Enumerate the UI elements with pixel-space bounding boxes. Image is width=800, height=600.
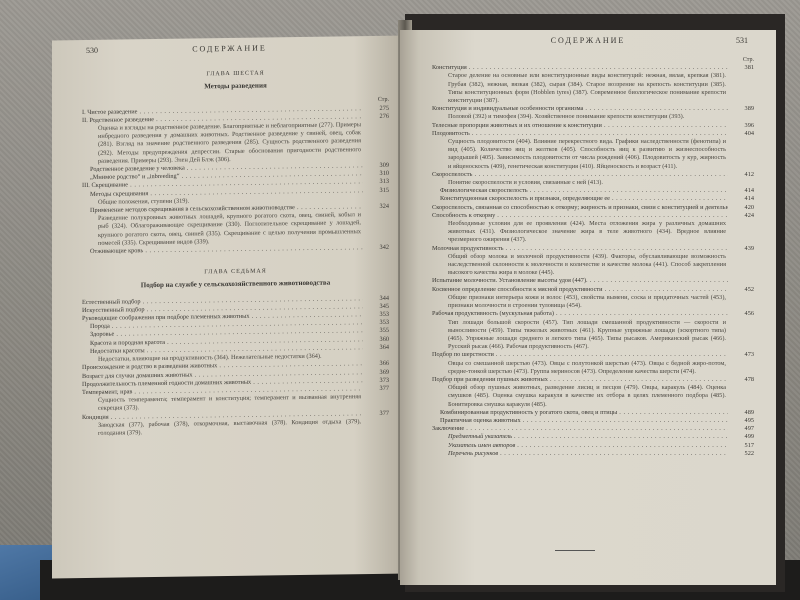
toc-entry-description: Необходимые условия для ее проявления (4…	[432, 220, 754, 245]
toc-entry-title: Молочная продуктивность	[432, 245, 728, 253]
right-page: СОДЕРЖАНИЕ 531 Стр. Конституция381Старое…	[400, 30, 776, 585]
toc-entry-title: Конституционная скороспелость и признаки…	[440, 195, 728, 203]
toc-entry: Физиологическая скороспелость414	[432, 187, 754, 195]
chapter-label: ГЛАВА СЕДЬМАЯ	[82, 266, 389, 278]
toc-entry-page: 414	[728, 187, 754, 195]
toc-entry-description: Общий обзор пушных животных, разведение …	[432, 384, 754, 409]
toc-entry: Скороспелость, связанная со способностью…	[432, 204, 754, 212]
right-header-title: СОДЕРЖАНИЕ	[400, 36, 776, 45]
toc-entry-page: 478	[728, 376, 754, 384]
toc-entry: Подбор по шерстности473	[432, 351, 754, 359]
toc-entry: Конституционная скороспелость и признаки…	[432, 195, 754, 203]
toc-entry-title: Телесные пропорции животных и их отношен…	[432, 122, 728, 130]
toc-entry-page: 414	[728, 195, 754, 203]
toc-entry-page: 497	[728, 425, 754, 433]
toc-entry: Косвенное определение способности к мясн…	[432, 286, 754, 294]
toc-entry-description: Общие признаки интерьера кожи и волос (4…	[432, 294, 754, 310]
toc-entry-title: Испытание молочности. Установление высот…	[432, 277, 728, 285]
toc-entry-page: 377	[363, 409, 389, 418]
left-header-title: СОДЕРЖАНИЕ	[52, 42, 407, 56]
toc-entry-title: Заключение	[432, 425, 728, 433]
toc-entry-page: 489	[728, 409, 754, 417]
toc-entry-page: 473	[728, 351, 754, 359]
toc-entry: Комбинированная продуктивность у рогатог…	[432, 409, 754, 417]
toc-entry-page: 324	[363, 203, 389, 212]
end-rule	[555, 550, 595, 551]
toc-entry-page: 381	[728, 64, 754, 72]
toc-entry-page: 420	[728, 204, 754, 212]
toc-entry-title: Конституция и индивидуальные особенности…	[432, 105, 728, 113]
toc-entry-title: Перечень рисунков	[448, 450, 728, 458]
toc-entries: Естественный подбор344Искусственный подб…	[82, 294, 389, 438]
toc-entry-page: 424	[728, 212, 754, 220]
toc-entry: Молочная продуктивность439	[432, 245, 754, 253]
toc-entry-page: 276	[363, 113, 389, 122]
toc-entry-title: Подбор при разведении пушных животных	[432, 376, 728, 384]
toc-entry: Плодовитость404	[432, 130, 754, 138]
toc-entry-title: Подбор по шерстности	[432, 351, 728, 359]
toc-entry-title: Косвенное определение способности к мясн…	[432, 286, 728, 294]
toc-entry: Предметный указатель499	[432, 433, 754, 441]
toc-entry: Способность к откорму424	[432, 212, 754, 220]
toc-entry: Конституция и индивидуальные особенности…	[432, 105, 754, 113]
toc-entry-title: Рабочая продуктивность (мускульная работ…	[432, 310, 728, 318]
toc-entry-description: Оценка и взгляды на родственное разведен…	[82, 121, 389, 166]
toc-entry-page: 522	[728, 450, 754, 458]
toc-entry: Указатель имен авторов517	[432, 442, 754, 450]
toc-entry-page: 404	[728, 130, 754, 138]
toc-entry-page: 499	[728, 433, 754, 441]
toc-entry-description: Общий обзор молока и молочной продуктивн…	[432, 253, 754, 278]
chapter-title: Подбор на службе у сельскохозяйственного…	[82, 278, 389, 290]
toc-entry-title: Предметный указатель	[448, 433, 728, 441]
chapter-label: ГЛАВА ШЕСТАЯ	[82, 68, 389, 80]
toc-entry-page: 396	[728, 122, 754, 130]
toc-entry-page: 439	[728, 245, 754, 253]
toc-entry: Рабочая продуктивность (мускульная работ…	[432, 310, 754, 318]
toc-entry-description: Старое деление на основные или конституц…	[432, 72, 754, 105]
toc-entries: Конституция381Старое деление на основные…	[432, 64, 754, 458]
chapter-title: Методы разведения	[82, 80, 389, 92]
toc-entry-page: 452	[728, 286, 754, 294]
toc-entry-title: Комбинированная продуктивность у рогатог…	[440, 409, 728, 417]
toc-entry-page: 377	[363, 385, 389, 394]
toc-entry-page: 412	[728, 171, 754, 179]
toc-entry-description: Тип лошади большой скорости (457). Тип л…	[432, 319, 754, 352]
toc-entry-description: Овцы со смешанной шерстью (473). Овцы с …	[432, 360, 754, 376]
toc-entry-title: Способность к откорму	[432, 212, 728, 220]
toc-entry: Перечень рисунков522	[432, 450, 754, 458]
toc-entry: Заключение497	[432, 425, 754, 433]
toc-entry-description: Сущность плодовитости (404). Влияние пер…	[432, 138, 754, 171]
toc-entry-title: Практичная оценка животных	[440, 417, 728, 425]
toc-entry: Телесные пропорции животных и их отношен…	[432, 122, 754, 130]
toc-entry: Практичная оценка животных495	[432, 417, 754, 425]
right-page-header: СОДЕРЖАНИЕ 531	[400, 36, 776, 52]
toc-entry: Испытание молочности. Установление высот…	[432, 277, 754, 285]
page-column-label: Стр.	[432, 56, 754, 64]
toc-entry-title: Физиологическая скороспелость	[440, 187, 728, 195]
toc-entries: I. Чистое разведение275II. Родственное р…	[82, 104, 389, 256]
toc-entry-description: Половой (392) и тимофея (394). Хозяйстве…	[432, 113, 754, 121]
toc-entry-description: Разведение полукровных животных лошадей,…	[82, 211, 389, 248]
toc-entry-page: 389	[728, 105, 754, 113]
toc-entry-title: Плодовитость	[432, 130, 728, 138]
toc-entry-page: 456	[728, 310, 754, 318]
toc-entry-page: 315	[363, 186, 389, 195]
toc-entry-title: Скороспелость, связанная со способностью…	[432, 204, 728, 212]
toc-entry-page: 342	[363, 244, 389, 253]
toc-entry-title: Указатель имен авторов	[448, 442, 728, 450]
toc-entry-page: 364	[363, 344, 389, 353]
right-page-number: 531	[736, 36, 748, 45]
toc-entry-page: 517	[728, 442, 754, 450]
toc-entry: Скороспелость412	[432, 171, 754, 179]
toc-entry-page: 495	[728, 417, 754, 425]
toc-entry: Конституция381	[432, 64, 754, 72]
toc-entry: Подбор при разведении пушных животных478	[432, 376, 754, 384]
left-page: 530 СОДЕРЖАНИЕ ГЛАВА ШЕСТАЯ Методы разве…	[52, 36, 407, 579]
toc-entry-title: Конституция	[432, 64, 728, 72]
left-page-header: 530 СОДЕРЖАНИЕ	[52, 42, 407, 63]
right-toc: Стр. Конституция381Старое деление на осн…	[432, 56, 754, 458]
toc-entry-description: Понятие скороспелости и условия, связанн…	[432, 179, 754, 187]
left-toc: ГЛАВА ШЕСТАЯ Методы разведения Стр. I. Ч…	[82, 62, 389, 438]
toc-entry-title: Скороспелость	[432, 171, 728, 179]
